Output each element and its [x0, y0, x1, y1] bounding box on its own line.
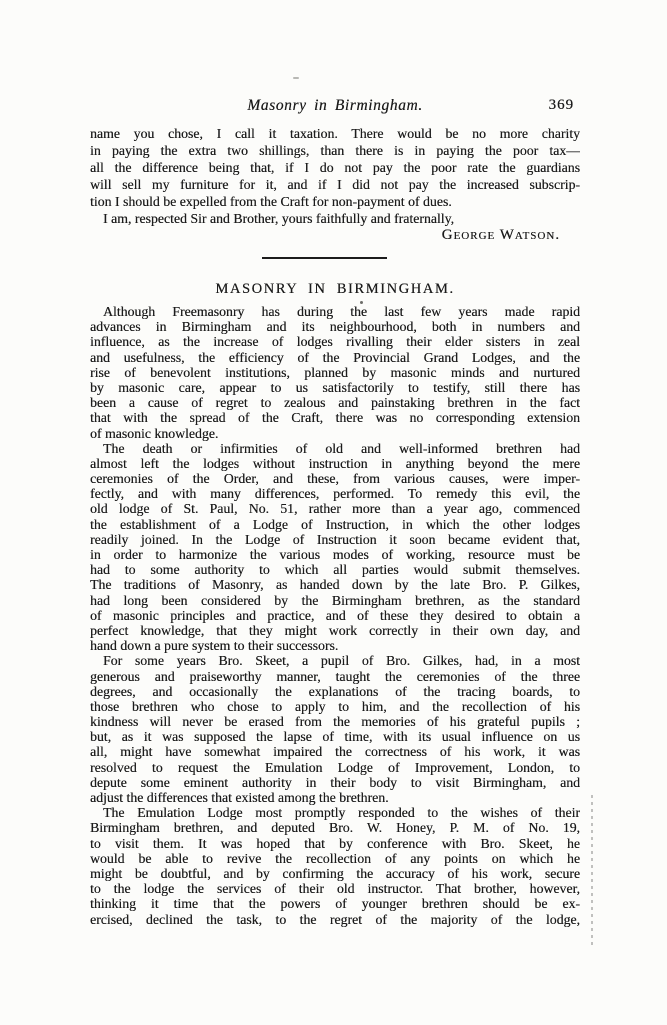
text-line: tion I should be expelled from the Craft…: [90, 193, 580, 210]
text-line: kindness will never be erased from the m…: [90, 714, 580, 729]
text-line: adjust the differences that existed amon…: [90, 790, 580, 805]
text-line: been a cause of regret to zealous and pa…: [90, 395, 580, 410]
page-number: 369: [549, 97, 575, 114]
letter-signature: George Watson.: [90, 227, 580, 244]
paragraph: Although Freemasonry has during the last…: [90, 304, 580, 441]
book-page: Masonry in Birmingham. 369 name you chos…: [0, 0, 667, 1025]
section-divider-rule: [262, 257, 387, 259]
scan-speck-artifact: [293, 77, 299, 79]
text-line: old lodge of St. Paul, No. 51, rather mo…: [90, 501, 580, 516]
text-line: might be doubtful, and by confirming the…: [90, 866, 580, 881]
text-line: name you chose, I call it taxation. Ther…: [90, 125, 580, 142]
text-line: all the difference being that, if I do n…: [90, 159, 580, 176]
text-line: Although Freemasonry has during the last…: [90, 304, 580, 319]
text-line: perfect knowledge, that they might work …: [90, 623, 580, 638]
text-line: those brethren who chose to apply to him…: [90, 699, 580, 714]
text-line: The death or infirmities of old and well…: [90, 441, 580, 456]
text-line: ercised, declined the task, to the regre…: [90, 912, 580, 927]
text-line: that with the spread of the Craft, there…: [90, 410, 580, 425]
text-line: degrees, and occasionally the explanatio…: [90, 684, 580, 699]
text-line: depute some eminent authority in their b…: [90, 775, 580, 790]
text-line: of masonic knowledge.: [90, 426, 580, 441]
text-line: ceremonies of the Order, and these, from…: [90, 471, 580, 486]
text-line: the establishment of a Lodge of Instruct…: [90, 517, 580, 532]
text-line: The Emulation Lodge most promptly respon…: [90, 805, 580, 820]
text-line: will sell my furniture for it, and if I …: [90, 176, 580, 193]
text-line: had to some authority to which all parti…: [90, 562, 580, 577]
text-line: almost left the lodges without instructi…: [90, 456, 580, 471]
text-line: advances in Birmingham and its neighbour…: [90, 319, 580, 334]
text-line: and usefulness, the efficiency of the Pr…: [90, 350, 580, 365]
scan-edge-line-artifact: [591, 795, 593, 947]
running-header: Masonry in Birmingham. 369: [90, 97, 580, 115]
letter-section: name you chose, I call it taxation. Ther…: [90, 125, 580, 244]
text-line: by masonic care, appear to us satisfacto…: [90, 380, 580, 395]
text-line: readily joined. In the Lodge of Instruct…: [90, 532, 580, 547]
article-body: Although Freemasonry has during the last…: [90, 304, 580, 927]
letter-closing: I am, respected Sir and Brother, yours f…: [90, 210, 580, 227]
paragraph: For some years Bro. Skeet, a pupil of Br…: [90, 653, 580, 805]
text-line: generous and praiseworthy manner, taught…: [90, 669, 580, 684]
paragraph: The Emulation Lodge most promptly respon…: [90, 805, 580, 927]
text-line: Birmingham brethren, and deputed Bro. W.…: [90, 820, 580, 835]
text-line: in order to harmonize the various modes …: [90, 547, 580, 562]
text-line: but, as it was supposed the lapse of tim…: [90, 729, 580, 744]
text-line: thinking it time that the powers of youn…: [90, 896, 580, 911]
text-line: to the lodge the services of their old i…: [90, 881, 580, 896]
text-line: all, might have somewhat impaired the co…: [90, 744, 580, 759]
text-line: would be able to revive the recollection…: [90, 851, 580, 866]
letter-body: name you chose, I call it taxation. Ther…: [90, 125, 580, 210]
running-title: Masonry in Birmingham.: [90, 97, 580, 115]
text-line: rise of benevolent institutions, planned…: [90, 365, 580, 380]
text-line: of masonic principles and practice, and …: [90, 608, 580, 623]
text-line: hand down a pure system to their success…: [90, 638, 580, 653]
text-line: resolved to request the Emulation Lodge …: [90, 760, 580, 775]
article-heading: MASONRY IN BIRMINGHAM.: [90, 281, 580, 297]
text-line: in paying the extra two shillings, than …: [90, 142, 580, 159]
text-line: influence, as the increase of lodges riv…: [90, 334, 580, 349]
text-line: fectly, and with many differences, perfo…: [90, 486, 580, 501]
text-line: The traditions of Masonry, as handed dow…: [90, 577, 580, 592]
text-line: For some years Bro. Skeet, a pupil of Br…: [90, 653, 580, 668]
text-line: to visit them. It was hoped that by conf…: [90, 836, 580, 851]
scan-dot-artifact: [360, 301, 363, 304]
text-line: had long been considered by the Birmingh…: [90, 593, 580, 608]
paragraph: The death or infirmities of old and well…: [90, 441, 580, 654]
